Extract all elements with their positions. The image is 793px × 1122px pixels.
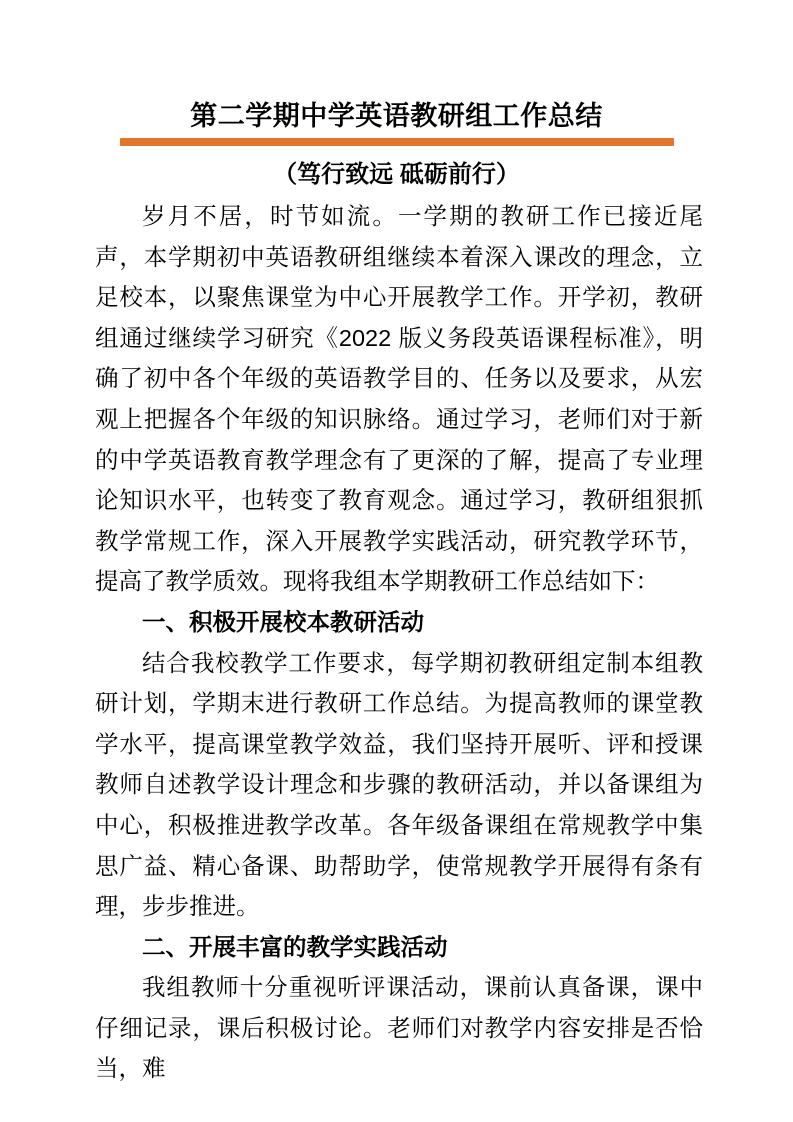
document-subtitle: （笃行致远 砥砺前行） xyxy=(0,160,793,190)
section-heading: 一、积极开展校本教研活动 xyxy=(95,602,703,643)
section-heading: 二、开展丰富的教学实践活动 xyxy=(95,927,703,968)
body-paragraph: 我组教师十分重视听评课活动，课前认真备课，课中仔细记录，课后积极讨论。老师们对教… xyxy=(95,967,703,1089)
document-title: 第二学期中学英语教研组工作总结 xyxy=(0,98,793,134)
body-paragraph: 结合我校教学工作要求，每学期初教研组定制本组教研计划，学期末进行教研工作总结。为… xyxy=(95,643,703,927)
title-underline xyxy=(120,138,674,146)
body-paragraph: 岁月不居，时节如流。一学期的教研工作已接近尾声，本学期初中英语教研组继续本着深入… xyxy=(95,196,703,602)
document-body: 岁月不居，时节如流。一学期的教研工作已接近尾声，本学期初中英语教研组继续本着深入… xyxy=(95,196,703,1089)
document-page: 第二学期中学英语教研组工作总结 （笃行致远 砥砺前行） 岁月不居，时节如流。一学… xyxy=(0,0,793,1122)
